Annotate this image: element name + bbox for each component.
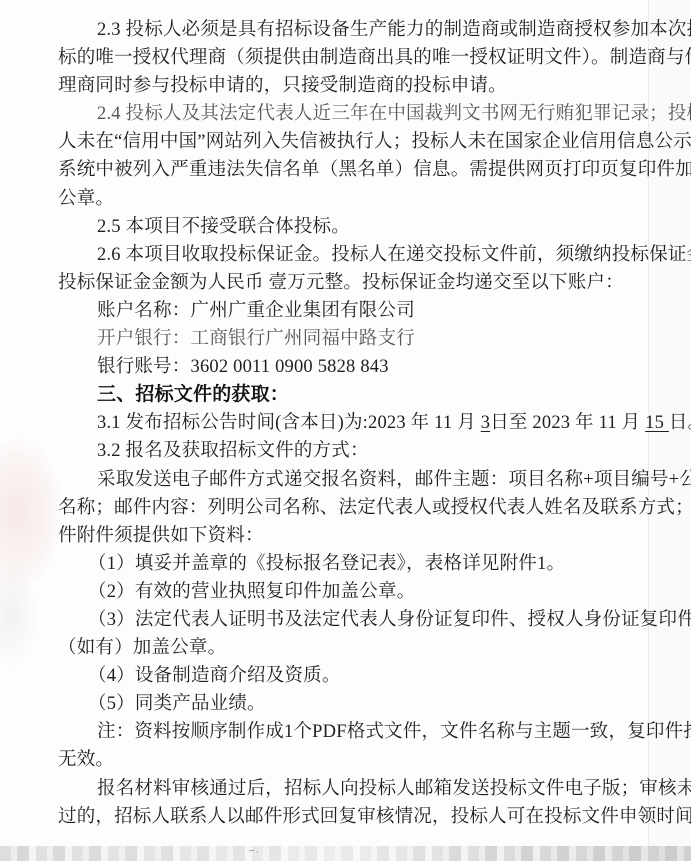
text-line: 过的，招标人联系人以邮件形式回复审核情况，投标人可在投标文件申领时间内 — [58, 803, 648, 831]
text-line: 件附件须提供如下资料： — [58, 522, 648, 550]
date-line: 3.1 发布招标公告时间(含本日)为:2023 年 11 月 3日至 2023 … — [58, 409, 648, 437]
text-segment: 日。 — [669, 413, 691, 433]
text-line: 2.6 本项目收取投标保证金。投标人在递交投标文件前，须缴纳投标保证金。 — [58, 241, 648, 269]
text-line: （4）设备制造商介绍及资质。 — [58, 662, 648, 690]
text-block: 2.3 投标人必须是具有招标设备生产能力的制造商或制造商授权参加本次投标的唯一授… — [58, 16, 648, 831]
text-line: （如有）加盖公章。 — [58, 634, 648, 662]
text-line: 标的唯一授权代理商（须提供由制造商出具的唯一授权证明文件）。制造商与代 — [58, 44, 648, 72]
text-line: 银行账号：3602 0011 0900 5828 843 — [58, 353, 648, 381]
text-line: 账户名称：广州广重企业集团有限公司 — [58, 297, 648, 325]
pen-mark: ~. — [247, 845, 259, 857]
text-line: （2）有效的营业执照复印件加盖公章。 — [58, 578, 648, 606]
text-segment: 日至 2023 年 11 月 — [490, 413, 645, 433]
text-line: 投标保证金金额为人民币 壹万元整。投标保证金均递交至以下账户： — [58, 269, 648, 297]
document-page: 2.3 投标人必须是具有招标设备生产能力的制造商或制造商授权参加本次投标的唯一授… — [0, 0, 691, 861]
text-line: 2.3 投标人必须是具有招标设备生产能力的制造商或制造商授权参加本次投 — [58, 16, 648, 44]
text-line: 2.4 投标人及其法定代表人近三年在中国裁判文书网无行贿犯罪记录；投标 — [58, 100, 648, 128]
text-line: 名称；邮件内容：列明公司名称、法定代表人或授权代表人姓名及联系方式；邮 — [58, 494, 648, 522]
text-line: 人未在“信用中国”网站列入失信被执行人；投标人未在国家企业信用信息公示 — [58, 128, 648, 156]
underlined-value: 15 — [645, 413, 669, 433]
text-line: 采取发送电子邮件方式递交报名资料，邮件主题：项目名称+项目编号+公司 — [58, 466, 648, 494]
text-line: （3）法定代表人证明书及法定代表人身份证复印件、授权人身份证复印件 — [58, 606, 648, 634]
text-segment: 3.1 发布招标公告时间(含本日)为:2023 年 11 月 — [97, 413, 481, 433]
text-line: 开户银行：工商银行广州同福中路支行 — [58, 325, 648, 353]
text-line: 理商同时参与投标申请的，只接受制造商的投标申请。 — [58, 72, 648, 100]
scan-artifact-strip — [0, 846, 691, 861]
text-line: （5）同类产品业绩。 — [58, 690, 648, 718]
text-line: 注：资料按顺序制作成1个PDF格式文件，文件名称与主题一致，复印件扫描 — [58, 718, 648, 746]
section-heading: 三、招标文件的获取： — [58, 381, 648, 409]
text-line: （1）填妥并盖章的《投标报名登记表》，表格详见附件1。 — [58, 550, 648, 578]
text-line: 无效。 — [58, 746, 648, 774]
underlined-value: 3 — [481, 413, 490, 433]
text-line: 3.2 报名及获取招标文件的方式： — [58, 437, 648, 465]
text-line: 报名材料审核通过后，招标人向投标人邮箱发送投标文件电子版；审核未通 — [58, 775, 648, 803]
text-line: 2.5 本项目不接受联合体投标。 — [58, 213, 648, 241]
text-line: 系统中被列入严重违法失信名单（黑名单）信息。需提供网页打印页复印件加盖 — [58, 156, 648, 184]
text-line: 公章。 — [58, 185, 648, 213]
